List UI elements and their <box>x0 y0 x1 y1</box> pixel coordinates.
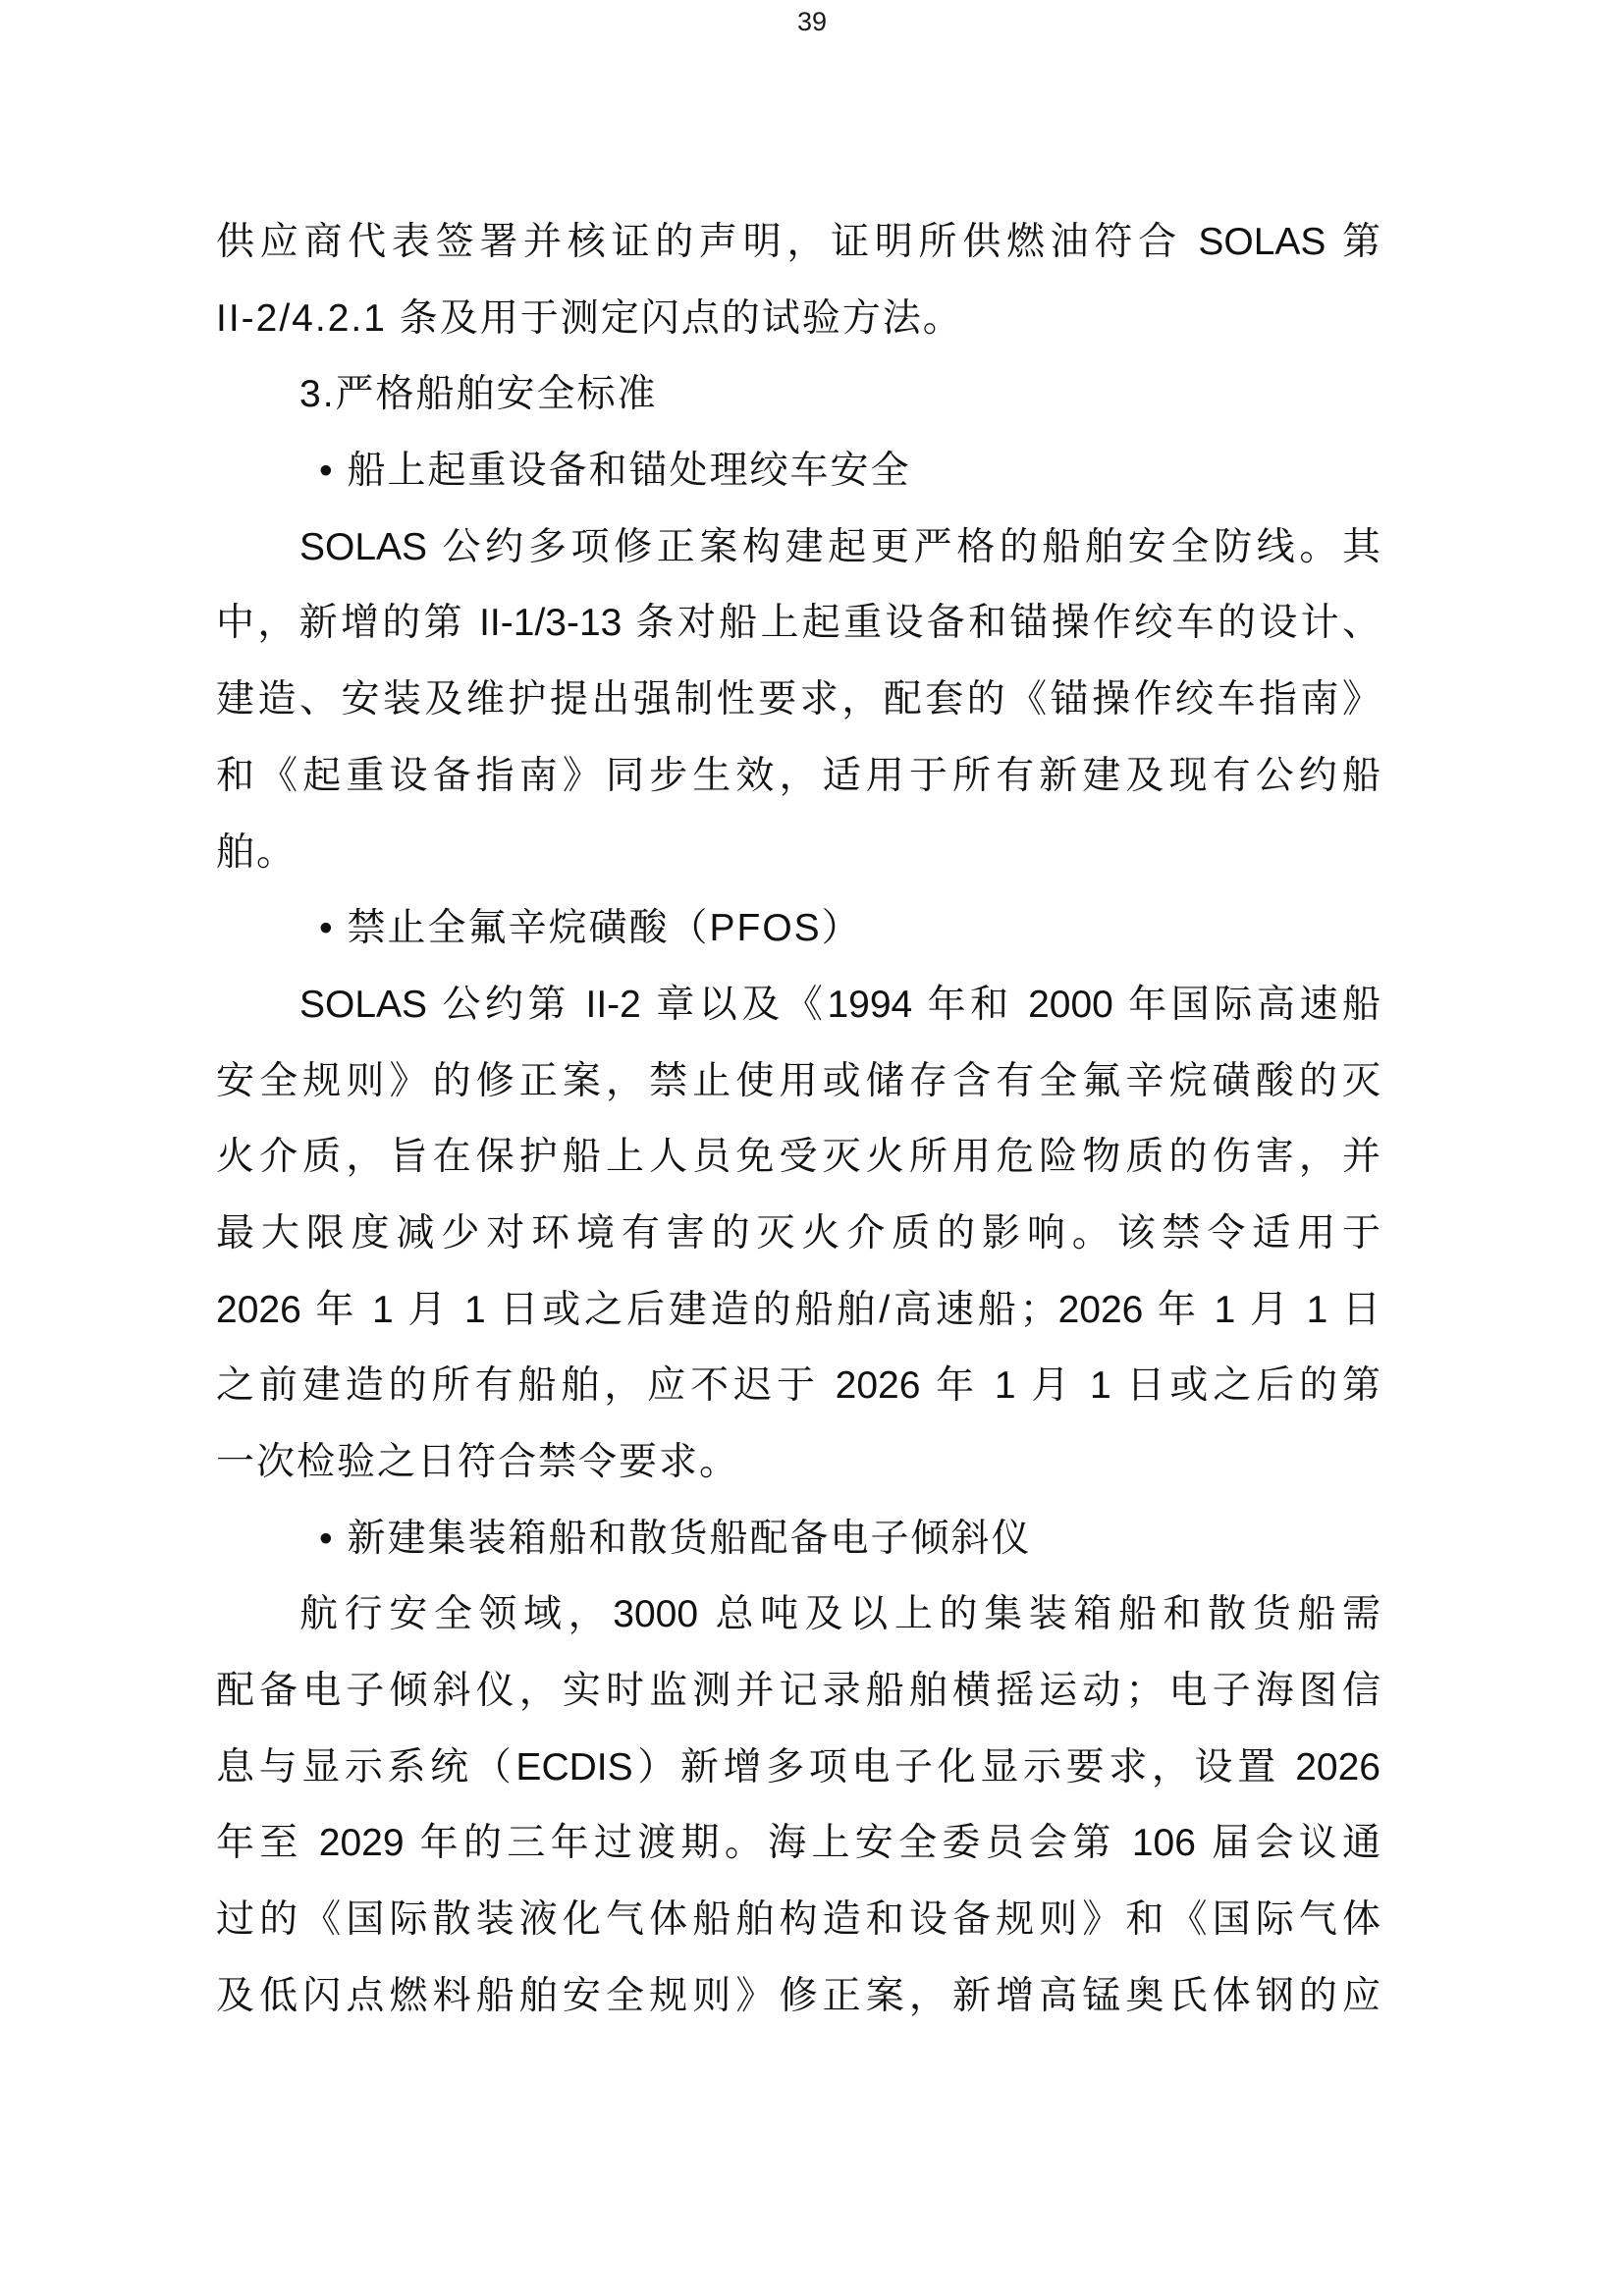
body-text: 供应商代表签署并核证的声明，证明所供燃油符合 SOLAS 第 II-2/4.2.… <box>216 204 1380 2035</box>
bullet-item: • 船上起重设备和锚处理绞车安全 <box>216 433 1380 509</box>
bullet-item: • 禁止全氟辛烷磺酸（PFOS） <box>216 890 1380 967</box>
text-line: 配备电子倾斜仪，实时监测并记录船舶横摇运动；电子海图信 <box>216 1653 1380 1730</box>
text-line: 2026 年 1 月 1 日或之后建造的船舶/高速船；2026 年 1 月 1 … <box>216 1272 1380 1349</box>
text-line: 及低闪点燃料船舶安全规则》修正案，新增高锰奥氏体钢的应 <box>216 1958 1380 2035</box>
text-line: 航行安全领域，3000 总吨及以上的集装箱船和散货船需 <box>216 1576 1380 1653</box>
text-line: 和《起重设备指南》同步生效，适用于所有新建及现有公约船 <box>216 738 1380 815</box>
text-line: 供应商代表签署并核证的声明，证明所供燃油符合 SOLAS 第 <box>216 204 1380 281</box>
text-line: 舶。 <box>216 815 1380 891</box>
text-line: 安全规则》的修正案，禁止使用或储存含有全氟辛烷磺酸的灭 <box>216 1043 1380 1120</box>
text-line: 之前建造的所有船舶，应不迟于 2026 年 1 月 1 日或之后的第 <box>216 1348 1380 1424</box>
text-line: 一次检验之日符合禁令要求。 <box>216 1424 1380 1501</box>
text-line: 建造、安装及维护提出强制性要求，配套的《锚操作绞车指南》 <box>216 662 1380 738</box>
page-number: 39 <box>0 6 1624 37</box>
text-line: 最大限度减少对环境有害的灭火介质的影响。该禁令适用于 <box>216 1196 1380 1272</box>
text-line: 火介质，旨在保护船上人员免受灭火所用危险物质的伤害，并 <box>216 1119 1380 1196</box>
text-line: II-2/4.2.1 条及用于测定闪点的试验方法。 <box>216 281 1380 357</box>
text-line: 过的《国际散装液化气体船舶构造和设备规则》和《国际气体 <box>216 1882 1380 1958</box>
section-heading: 3.严格船舶安全标准 <box>216 356 1380 433</box>
text-line: 息与显示系统（ECDIS）新增多项电子化显示要求，设置 2026 <box>216 1730 1380 1806</box>
text-line: SOLAS 公约第 II-2 章以及《1994 年和 2000 年国际高速船 <box>216 967 1380 1043</box>
bullet-item: • 新建集装箱船和散货船配备电子倾斜仪 <box>216 1501 1380 1577</box>
text-line: SOLAS 公约多项修正案构建起更严格的船舶安全防线。其 <box>216 509 1380 586</box>
text-line: 年至 2029 年的三年过渡期。海上安全委员会第 106 届会议通 <box>216 1805 1380 1882</box>
text-line: 中，新增的第 II-1/3-13 条对船上起重设备和锚操作绞车的设计、 <box>216 585 1380 662</box>
document-page: 39 供应商代表签署并核证的声明，证明所供燃油符合 SOLAS 第 II-2/4… <box>0 0 1624 2296</box>
